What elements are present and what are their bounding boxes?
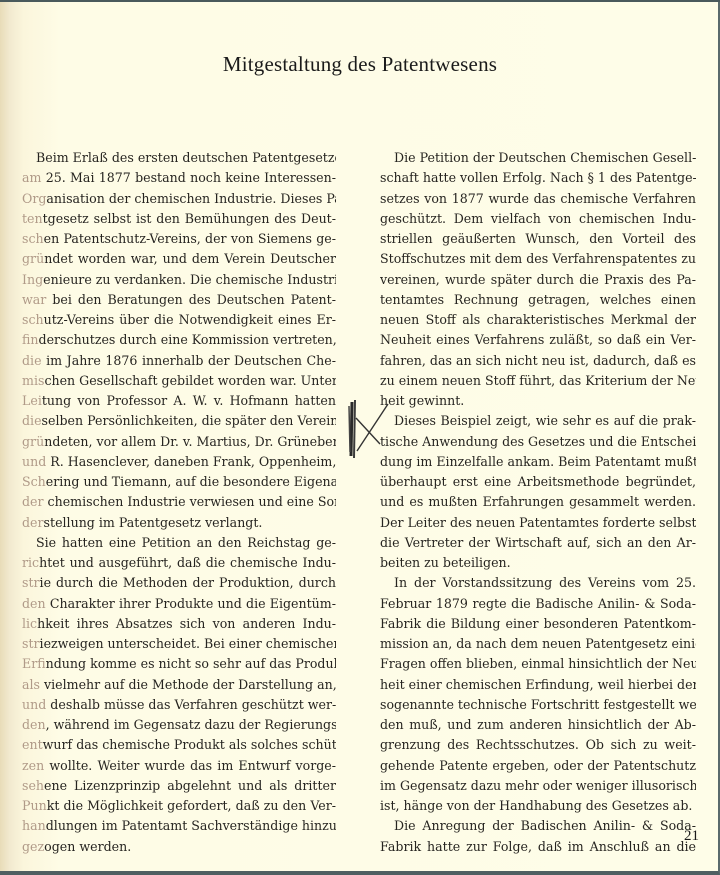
- text-line: In der Vorstandssitzung des Vereins vom …: [380, 573, 696, 593]
- text-line: heit einer chemischen Erfindung, weil hi…: [380, 675, 696, 695]
- text-line: Stoffschutzes mit dem des Verfahrenspate…: [380, 249, 696, 269]
- text-line: tentgesetz selbst ist den Bemühungen des…: [22, 209, 336, 229]
- text-line: Punkt die Möglichkeit gefordert, daß zu …: [22, 796, 336, 816]
- text-line: ist, hänge von der Handhabung des Gesetz…: [380, 796, 696, 816]
- text-line: zu einem neuen Stoff führt, das Kriteriu…: [380, 371, 696, 391]
- text-line: war bei den Beratungen des Deutschen Pat…: [22, 290, 336, 310]
- page-number: 21: [684, 828, 699, 845]
- text-line: der chemischen Industrie verwiesen und e…: [22, 492, 336, 512]
- handwritten-check-mark-icon: [344, 396, 394, 462]
- text-line: Die Anregung der Badischen Anilin- & Sod…: [380, 816, 696, 836]
- text-line: Dieses Beispiel zeigt, wie sehr es auf d…: [380, 411, 696, 431]
- text-line: fahren, das an sich nicht neu ist, dadur…: [380, 351, 696, 371]
- text-line: gründet worden war, und dem Verein Deuts…: [22, 249, 336, 269]
- text-line: den Charakter ihrer Produkte und die Eig…: [22, 594, 336, 614]
- text-line: gezogen werden.: [22, 837, 336, 857]
- text-line: finderschutzes durch eine Kommission ver…: [22, 330, 336, 350]
- right-column: Die Petition der Deutschen Chemischen Ge…: [380, 148, 696, 857]
- text-line: richtet und ausgeführt, daß die chemisch…: [22, 553, 336, 573]
- text-line: und R. Hasenclever, daneben Frank, Oppen…: [22, 452, 336, 472]
- text-line: Leitung von Professor A. W. v. Hofmann h…: [22, 391, 336, 411]
- text-line: handlungen im Patentamt Sachverständige …: [22, 816, 336, 836]
- text-line: dieselben Persönlichkeiten, die später d…: [22, 411, 336, 431]
- text-line: Fabrik die Bildung einer besonderen Pate…: [380, 614, 696, 634]
- text-line: setzes von 1877 wurde das chemische Verf…: [380, 189, 696, 209]
- text-line: strie durch die Methoden der Produktion,…: [22, 573, 336, 593]
- text-line: geschützt. Dem vielfach von chemischen I…: [380, 209, 696, 229]
- text-line: Schering und Tiemann, auf die besondere …: [22, 472, 336, 492]
- text-line: Ingenieure zu verdanken. Die chemische I…: [22, 270, 336, 290]
- text-line: tische Anwendung des Gesetzes und die En…: [380, 432, 696, 452]
- text-line: entwurf das chemische Produkt als solche…: [22, 735, 336, 755]
- text-line: sogenannte technische Fortschritt festge…: [380, 695, 696, 715]
- text-line: am 25. Mai 1877 bestand noch keine Inter…: [22, 168, 336, 188]
- text-line: tentamtes Rechnung getragen, welches ein…: [380, 290, 696, 310]
- text-line: die im Jahre 1876 innerhalb der Deutsche…: [22, 351, 336, 371]
- text-line: striellen geäußerten Wunsch, den Vorteil…: [380, 229, 696, 249]
- text-line: heit gewinnt.: [380, 391, 696, 411]
- text-line: überhaupt erst eine Arbeitsmethode begrü…: [380, 472, 696, 492]
- text-line: Die Petition der Deutschen Chemischen Ge…: [380, 148, 696, 168]
- text-line: lichkeit ihres Absatzes sich von anderen…: [22, 614, 336, 634]
- text-line: Sie hatten eine Petition an den Reichsta…: [22, 533, 336, 553]
- left-column: Beim Erlaß des ersten deutschen Patentge…: [22, 148, 336, 857]
- text-line: Beim Erlaß des ersten deutschen Patentge…: [22, 148, 336, 168]
- text-line: zen wollte. Weiter wurde das im Entwurf …: [22, 756, 336, 776]
- text-line: den, während im Gegensatz dazu der Regie…: [22, 715, 336, 735]
- text-line: gründeten, vor allem Dr. v. Martius, Dr.…: [22, 432, 336, 452]
- text-line: Organisation der chemischen Industrie. D…: [22, 189, 336, 209]
- text-line: vereinen, wurde später durch die Praxis …: [380, 270, 696, 290]
- text-line: und deshalb müsse das Verfahren geschütz…: [22, 695, 336, 715]
- text-line: und es mußten Erfahrungen gesammelt werd…: [380, 492, 696, 512]
- text-line: gehende Patente ergeben, oder der Patent…: [380, 756, 696, 776]
- text-line: Neuheit eines Verfahrens zuläßt, so daß …: [380, 330, 696, 350]
- text-line: schen Patentschutz-Vereins, der von Siem…: [22, 229, 336, 249]
- text-line: den muß, und zum anderen hinsichtlich de…: [380, 715, 696, 735]
- text-line: neuen Stoff als charakteristisches Merkm…: [380, 310, 696, 330]
- text-line: derstellung im Patentgesetz verlangt.: [22, 513, 336, 533]
- text-line: mischen Gesellschaft gebildet worden war…: [22, 371, 336, 391]
- text-line: schaft hatte vollen Erfolg. Nach § 1 des…: [380, 168, 696, 188]
- text-line: mission an, da nach dem neuen Patentgese…: [380, 634, 696, 654]
- text-line: die Vertreter der Wirtschaft auf, sich a…: [380, 533, 696, 553]
- text-line: beiten zu beteiligen.: [380, 553, 696, 573]
- text-line: dung im Einzelfalle ankam. Beim Patentam…: [380, 452, 696, 472]
- text-line: grenzung des Rechtsschutzes. Ob sich zu …: [380, 735, 696, 755]
- page-title: Mitgestaltung des Patentwesens: [0, 52, 720, 77]
- text-line: Fabrik hatte zur Folge, daß im Anschluß …: [380, 837, 696, 857]
- text-line: schutz-Vereins über die Notwendigkeit ei…: [22, 310, 336, 330]
- text-line: Erfindung komme es nicht so sehr auf das…: [22, 654, 336, 674]
- text-line: als vielmehr auf die Methode der Darstel…: [22, 675, 336, 695]
- book-page: Mitgestaltung des Patentwesens Beim Erla…: [0, 2, 720, 875]
- text-line: Der Leiter des neuen Patentamtes fordert…: [380, 513, 696, 533]
- text-line: striezweigen unterscheidet. Bei einer ch…: [22, 634, 336, 654]
- text-line: sehene Lizenzprinzip abgelehnt und als d…: [22, 776, 336, 796]
- text-line: im Gegensatz dazu mehr oder weniger illu…: [380, 776, 696, 796]
- text-line: Fragen offen blieben, einmal hinsichtlic…: [380, 654, 696, 674]
- text-line: Februar 1879 regte die Badische Anilin- …: [380, 594, 696, 614]
